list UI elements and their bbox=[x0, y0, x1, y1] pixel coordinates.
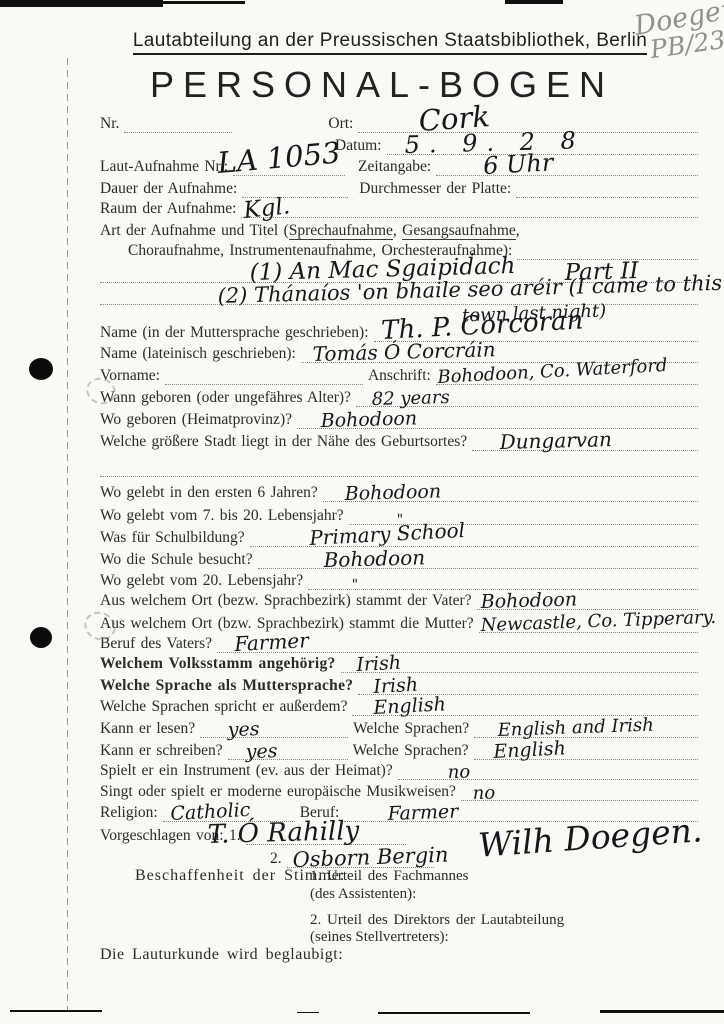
wann-geboren-value: 82 years bbox=[371, 387, 450, 410]
scan-artifact bbox=[10, 1010, 102, 1012]
row-vorgeschlagen-2: 2. Osborn Bergin bbox=[270, 848, 434, 868]
lesen-sprachen-label: Welche Sprachen? bbox=[353, 720, 469, 738]
row-vater-ort: Aus welchem Ort (bezw. Sprachbezirk) sta… bbox=[100, 590, 698, 610]
fold-line bbox=[67, 58, 68, 1010]
schule-value: Bohodoon bbox=[323, 545, 425, 572]
vater-ort-value: Bohodoon bbox=[480, 588, 577, 613]
dotted-line: LA 1053 bbox=[233, 162, 345, 176]
row-gelebt-20: Wo gelebt vom 20. Lebensjahr? " bbox=[100, 570, 698, 590]
gelebt-20-label: Wo gelebt vom 20. Lebensjahr? bbox=[100, 572, 303, 590]
gelebt-6-value: Bohodoon bbox=[344, 480, 441, 505]
dotted-line: 82 years bbox=[356, 393, 698, 407]
urteil-direktor-line2: (seines Stellvertreters): bbox=[310, 929, 449, 946]
gelebt-7-20-label: Wo gelebt vom 7. bis 20. Lebensjahr? bbox=[100, 507, 344, 525]
letterhead-text: Lautabteilung an der Preussischen Staats… bbox=[133, 30, 647, 55]
dotted-line: Bohodoon bbox=[323, 488, 698, 502]
row-lesen: Kann er lesen? yes Welche Sprachen? Engl… bbox=[100, 718, 698, 738]
row-art-entry2: (2) Thánaíos 'on bhaile seo aréir (I cam… bbox=[100, 285, 698, 305]
musikweisen-label: Singt oder spielt er moderne europäische… bbox=[100, 783, 456, 801]
muttersprache-label: Welche Sprache als Muttersprache? bbox=[100, 677, 353, 695]
dotted-line: Irish bbox=[341, 659, 698, 673]
row-wann-geboren: Wann geboren (oder ungefähres Alter)? 82… bbox=[100, 387, 698, 407]
row-nr-ort: Nr. Ort: Cork bbox=[100, 113, 698, 133]
row-volksstamm: Welchem Volksstamm angehörig? Irish bbox=[100, 653, 698, 673]
instrument-label: Spielt er ein Instrument (ev. aus der He… bbox=[100, 762, 393, 780]
urteil-fachmann-line1: 1. Urteil des Fachmannes bbox=[310, 868, 468, 885]
dotted-line: Bohodoon, Co. Waterford bbox=[436, 371, 698, 385]
vater-ort-label: Aus welchem Ort (bezw. Sprachbezirk) sta… bbox=[100, 592, 472, 610]
dotted-line: Bohodoon bbox=[258, 555, 698, 569]
schulbildung-label: Was für Schulbildung? bbox=[100, 529, 245, 547]
dotted-line bbox=[100, 463, 698, 477]
row-beruf-vater: Beruf des Vaters? Farmer bbox=[100, 633, 698, 653]
scan-artifact bbox=[600, 1010, 724, 1013]
sprachen-weitere-label: Welche Sprachen spricht er außerdem? bbox=[100, 698, 347, 716]
dotted-line: 6 Uhr bbox=[436, 162, 698, 176]
vorgeschlagen-label-2: 2. bbox=[270, 850, 282, 868]
raum-label: Raum der Aufnahme: bbox=[100, 200, 236, 218]
religion-label: Religion: bbox=[100, 804, 158, 822]
scan-artifact bbox=[297, 1012, 319, 1013]
row-wo-geboren: Wo geboren (Heimatprovinz)? Bohodoon bbox=[100, 409, 698, 429]
row-art-line1: Art der Aufnahme und Titel (Sprechaufnah… bbox=[100, 220, 698, 240]
schreiben-label: Kann er schreiben? bbox=[100, 742, 223, 760]
dotted-line: Osborn Bergin bbox=[287, 854, 434, 868]
anschrift-label: Anschrift: bbox=[368, 367, 431, 385]
beglaubigt-label: Die Lauturkunde wird beglaubigt: bbox=[100, 946, 343, 964]
row-vorname-anschrift: Vorname: Anschrift: Bohodoon, Co. Waterf… bbox=[100, 365, 698, 385]
row-sprachen-weitere: Welche Sprachen spricht er außerdem? Eng… bbox=[100, 696, 698, 716]
dotted-line: yes bbox=[228, 746, 348, 760]
dotted-line: Primary School bbox=[250, 533, 698, 547]
datum-label: Datum: bbox=[335, 137, 382, 155]
wann-geboren-label: Wann geboren (oder ungefähres Alter)? bbox=[100, 389, 351, 407]
dotted-line: English bbox=[474, 746, 698, 760]
urteil-fachmann-line2: (des Assistenten): bbox=[310, 886, 416, 903]
dotted-line: (2) Thánaíos 'on bhaile seo aréir (I cam… bbox=[100, 291, 698, 305]
art-label: Art der Aufnahme und Titel (Sprechaufnah… bbox=[100, 222, 520, 240]
volksstamm-label: Welchem Volksstamm angehörig? bbox=[100, 655, 336, 673]
wo-geboren-value: Bohodoon bbox=[320, 407, 417, 432]
stadt-naehe-label: Welche größere Stadt liegt in der Nähe d… bbox=[100, 433, 467, 451]
gelebt-6-label: Wo gelebt in den ersten 6 Jahren? bbox=[100, 484, 318, 502]
dotted-line: no bbox=[398, 766, 698, 780]
row-lautnr-zeit: Laut-Aufnahme Nr.: LA 1053 Zeitangabe: 6… bbox=[100, 156, 698, 176]
sprachen-weitere-value: English bbox=[373, 693, 446, 719]
dotted-line: yes bbox=[200, 724, 348, 738]
art-label-prefix: Art der Aufnahme und Titel ( bbox=[100, 222, 289, 239]
vorname-label: Vorname: bbox=[100, 367, 160, 385]
vorgeschlagen-name-1: T. Ó Rahilly bbox=[207, 816, 359, 850]
row-schulbildung: Was für Schulbildung? Primary School bbox=[100, 527, 698, 547]
nr-label: Nr. bbox=[100, 115, 119, 133]
art-label-sep: , bbox=[393, 222, 402, 239]
row-muttersprache: Welche Sprache als Muttersprache? Irish bbox=[100, 675, 698, 695]
urteil-direktor-line1: 2. Urteil des Direktors der Lautabteilun… bbox=[310, 912, 564, 929]
art-option-sprechaufnahme: Sprechaufnahme bbox=[289, 222, 393, 240]
name-latin-value: Tomás Ó Corcráin bbox=[312, 337, 496, 366]
row-dauer-durchmesser: Dauer der Aufnahme: Durchmesser der Plat… bbox=[100, 178, 698, 198]
row-raum: Raum der Aufnahme: Kgl. bbox=[100, 198, 698, 218]
dotted-line: Farmer bbox=[217, 639, 698, 653]
dotted-line: no bbox=[461, 787, 698, 801]
durchmesser-label: Durchmesser der Platte: bbox=[359, 180, 511, 198]
scan-artifact bbox=[505, 0, 563, 4]
volksstamm-value: Irish bbox=[355, 652, 401, 676]
personal-bogen-form: Lautabteilung an der Preussischen Staats… bbox=[0, 0, 724, 1024]
zeitangabe-label: Zeitangabe: bbox=[358, 158, 431, 176]
ort-label: Ort: bbox=[328, 115, 353, 133]
dotted-line: Irish bbox=[358, 681, 698, 695]
schreiben-sprachen-label: Welche Sprachen? bbox=[353, 742, 469, 760]
dauer-label: Dauer der Aufnahme: bbox=[100, 180, 237, 198]
letterhead: Lautabteilung an der Preussischen Staats… bbox=[70, 30, 710, 52]
dotted-line bbox=[124, 119, 232, 133]
dotted-line: English and Irish bbox=[474, 724, 698, 738]
laut-nr-label: Laut-Aufnahme Nr.: bbox=[100, 158, 228, 176]
page-title: PERSONAL-BOGEN bbox=[0, 64, 724, 106]
spacer bbox=[237, 132, 323, 133]
dotted-line: " bbox=[308, 576, 698, 590]
row-schreiben: Kann er schreiben? yes Welche Sprachen? … bbox=[100, 740, 698, 760]
scan-artifact bbox=[163, 1, 245, 4]
stadt-naehe-value: Dungarvan bbox=[499, 427, 612, 454]
row-gelebt-6: Wo gelebt in den ersten 6 Jahren? Bohodo… bbox=[100, 482, 698, 502]
beruf-vater-label: Beruf des Vaters? bbox=[100, 635, 212, 653]
instrument-value: no bbox=[447, 761, 470, 783]
beruf-value: Farmer bbox=[388, 801, 459, 825]
lesen-value: yes bbox=[228, 718, 260, 741]
art-label-suffix: , bbox=[516, 222, 520, 239]
dotted-line: Kgl. bbox=[241, 204, 698, 218]
laut-nr-value: LA 1053 bbox=[216, 135, 342, 180]
art-option-gesangsaufnahme: Gesangsaufnahme bbox=[402, 222, 516, 240]
schule-label: Wo die Schule besucht? bbox=[100, 551, 253, 569]
row-musikweisen: Singt oder spielt er moderne europäische… bbox=[100, 781, 698, 801]
dotted-line: Dungarvan bbox=[472, 437, 698, 451]
row-empty bbox=[100, 457, 698, 477]
name-mother-label: Name (in der Muttersprache geschrieben): bbox=[100, 324, 369, 342]
row-stadt-naehe: Welche größere Stadt liegt in der Nähe d… bbox=[100, 431, 698, 451]
scan-artifact bbox=[0, 0, 163, 7]
zeitangabe-value: 6 Uhr bbox=[483, 148, 554, 180]
punch-hole bbox=[29, 358, 53, 380]
dotted-line: T. Ó Rahilly bbox=[246, 831, 406, 845]
row-schule: Wo die Schule besucht? Bohodoon bbox=[100, 549, 698, 569]
dotted-line: Newcastle, Co. Tipperary. bbox=[479, 619, 698, 633]
beruf-vater-value: Farmer bbox=[234, 628, 310, 656]
row-instrument: Spielt er ein Instrument (ev. aus der He… bbox=[100, 760, 698, 780]
name-latin-label: Name (lateinisch geschrieben): bbox=[100, 345, 296, 363]
row-mutter-ort: Aus welchem Ort (bzw. Sprachbezirk) stam… bbox=[100, 613, 698, 633]
musikweisen-value: no bbox=[472, 782, 495, 804]
dotted-line bbox=[165, 371, 363, 385]
lesen-sprachen-value: English and Irish bbox=[497, 715, 654, 741]
punch-hole bbox=[30, 627, 52, 648]
dotted-line bbox=[516, 184, 698, 198]
lesen-label: Kann er lesen? bbox=[100, 720, 195, 738]
dotted-line: Bohodoon bbox=[297, 415, 698, 429]
scan-artifact bbox=[378, 1012, 530, 1014]
wo-geboren-label: Wo geboren (Heimatprovinz)? bbox=[100, 411, 292, 429]
